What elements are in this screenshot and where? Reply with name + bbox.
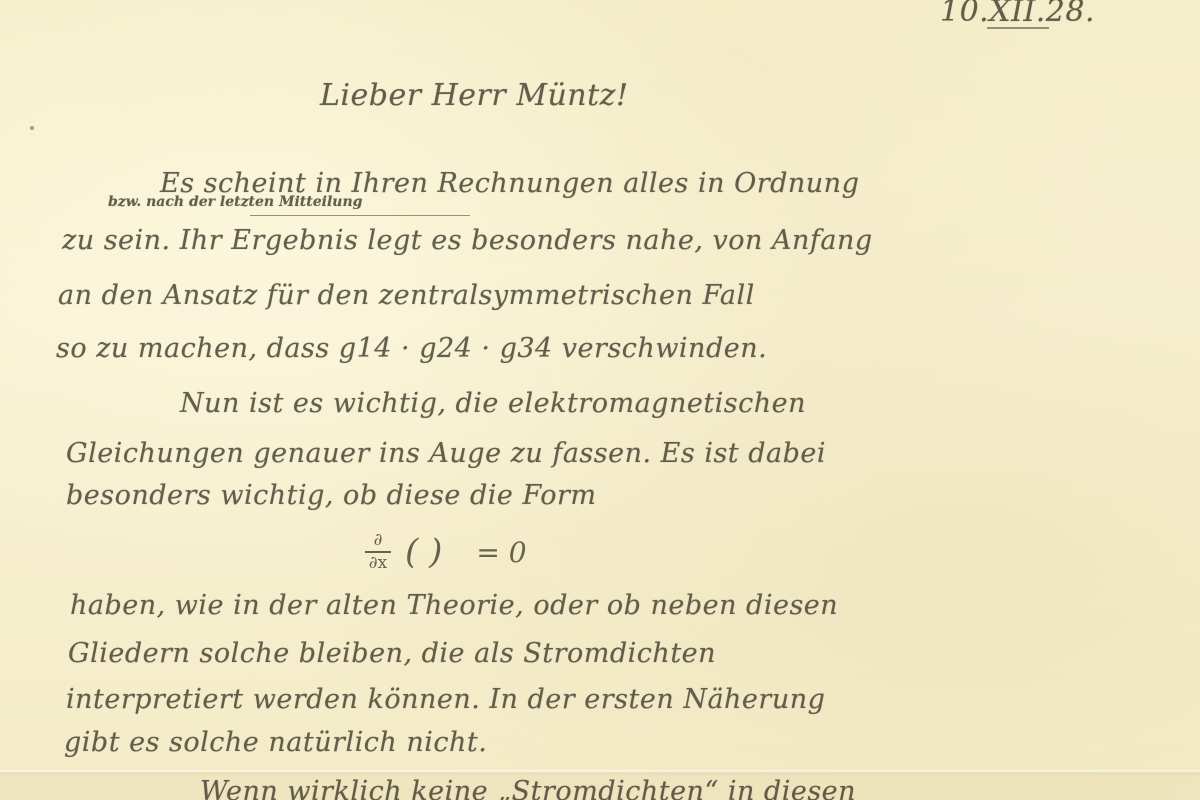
letter-line-5: Nun ist es wichtig, die elektromagnetisc… xyxy=(180,388,806,419)
equation-parens: ( ) xyxy=(405,532,442,572)
letter-line-10: interpretiert werden können. In der erst… xyxy=(66,684,825,715)
letter-line-11: gibt es solche natürlich nicht. xyxy=(64,727,487,758)
date-underline xyxy=(987,27,1049,29)
letter-line-6: Gleichungen genauer ins Auge zu fassen. … xyxy=(66,438,826,469)
letter-salutation: Lieber Herr Müntz! xyxy=(320,78,629,113)
letter-equation: ∂ ∂x ( ) = 0 xyxy=(365,532,527,572)
equation-denominator: ∂x xyxy=(369,553,387,572)
letter-insertion-note: bzw. nach der letzten Mitteilung xyxy=(108,194,362,210)
insertion-underline xyxy=(250,215,470,216)
letter-line-8: haben, wie in der alten Theorie, oder ob… xyxy=(70,590,838,621)
equation-numerator: ∂ xyxy=(374,532,383,551)
letter-line-7: besonders wichtig, ob diese die Form xyxy=(66,480,597,511)
letter-line-4: so zu machen, dass g14 · g24 · g34 versc… xyxy=(56,333,767,364)
letter-line-2: zu sein. Ihr Ergebnis legt es besonders … xyxy=(62,225,873,256)
partial-derivative: ∂ ∂x xyxy=(365,532,391,572)
letter-page: 10.XII.28. Lieber Herr Müntz! Es scheint… xyxy=(0,0,1200,800)
equation-rhs: = 0 xyxy=(476,536,526,569)
letter-line-9: Gliedern solche bleiben, die als Stromdi… xyxy=(68,638,716,669)
letter-line-12: Wenn wirklich keine „Stromdichten“ in di… xyxy=(200,776,856,800)
letter-line-3: an den Ansatz für den zentralsymmetrisch… xyxy=(58,280,755,311)
letter-date: 10.XII.28. xyxy=(940,0,1095,29)
paper-speck xyxy=(30,126,34,130)
